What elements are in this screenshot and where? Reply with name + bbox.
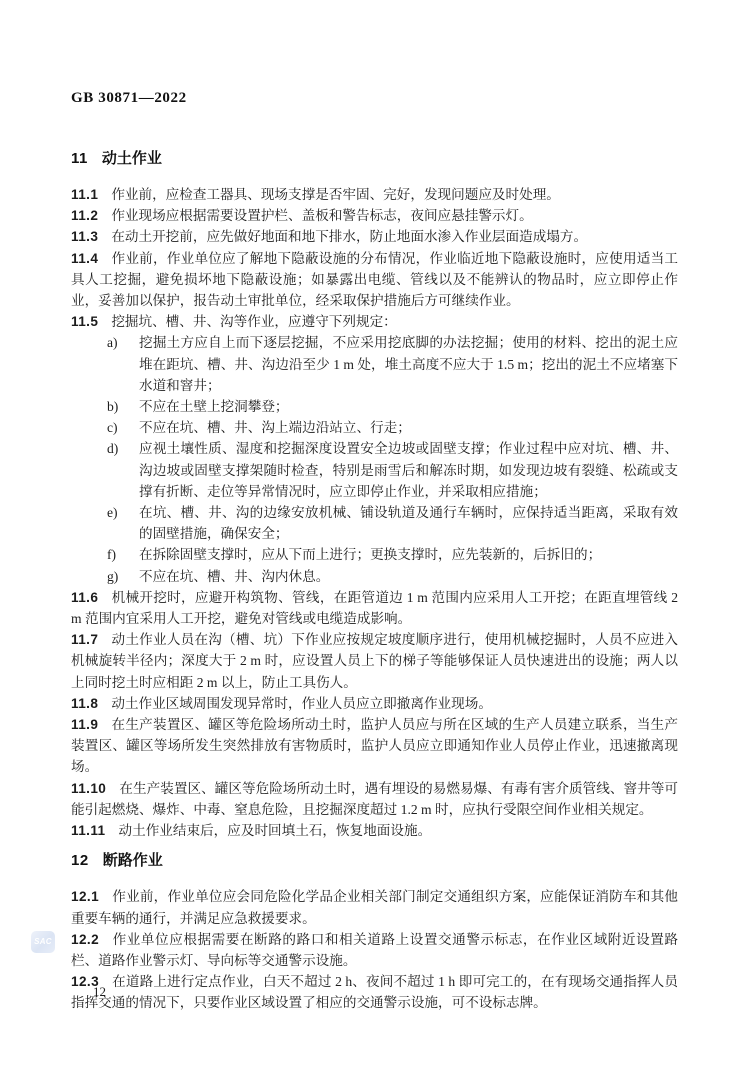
clause-number: 11.7: [71, 632, 98, 647]
section-number: 12: [71, 852, 89, 869]
clause-11.7: 11.7动土作业人员在沟（槽、坑）下作业应按规定坡度顺序进行，使用机械挖掘时，人…: [71, 629, 678, 693]
page-content: GB 30871—2022 11动土作业11.1作业前，应检查工器具、现场支撑是…: [71, 90, 678, 1014]
document-page: SAC GB 30871—2022 11动土作业11.1作业前，应检查工器具、现…: [0, 0, 754, 1067]
clause-number: 11.8: [71, 696, 98, 711]
clause-12.1: 12.1作业前，作业单位应会同危险化学品企业相关部门制定交通组织方案，应能保证消…: [71, 886, 678, 928]
clause-number: 11.9: [71, 717, 98, 732]
clause-text: 作业前，作业单位应了解地下隐蔽设施的分布情况，作业临近地下隐蔽设施时，应使用适当…: [71, 251, 678, 308]
clause-text: 动土作业结束后，应及时回填土石，恢复地面设施。: [119, 823, 432, 838]
clause-number: 12.2: [71, 932, 99, 947]
clause-11.5: 11.5挖掘坑、槽、井、沟等作业，应遵守下列规定：: [71, 311, 678, 332]
clause-text: 作业前，作业单位应会同危险化学品企业相关部门制定交通组织方案，应能保证消防车和其…: [71, 889, 678, 925]
clause-text: 作业单位应根据需要在断路的路口和相关道路上设置交通警示标志，在作业区域附近设置路…: [71, 932, 678, 968]
page-number: 12: [93, 984, 106, 1000]
clause-11.9: 11.9在生产装置区、罐区等危险场所动土时，监护人员应与所在区域的生产人员建立联…: [71, 714, 678, 778]
sub-item-letter: c): [107, 417, 118, 438]
sub-item-letter: e): [107, 502, 118, 523]
section-title: 动土作业: [102, 150, 162, 167]
clause-text: 动土作业区域周围发现异常时，作业人员应立即撤离作业现场。: [111, 696, 492, 711]
sub-item-text: 挖掘土方应自上而下逐层挖掘，不应采用挖底脚的办法挖掘；使用的材料、挖出的泥土应堆…: [139, 335, 678, 392]
clause-text: 挖掘坑、槽、井、沟等作业，应遵守下列规定：: [111, 314, 396, 329]
sub-item-letter: f): [107, 544, 116, 565]
sub-item-text: 应视土壤性质、湿度和挖掘深度设置安全边坡或固壁支撑；作业过程中应对坑、槽、井、沟…: [139, 441, 678, 498]
sub-item-text: 不应在坑、槽、井、沟内休息。: [139, 569, 329, 584]
section-number: 11: [71, 150, 88, 167]
clause-11.10: 11.10在生产装置区、罐区等危险场所动土时，遇有埋设的易燃易爆、有毒有害介质管…: [71, 778, 678, 820]
clause-text: 在生产装置区、罐区等危险场所动土时，监护人员应与所在区域的生产人员建立联系，当生…: [71, 717, 678, 774]
clause-number: 11.1: [71, 187, 98, 202]
clause-text: 机械开挖时，应避开构筑物、管线，在距管道边 1 m 范围内应采用人工开挖；在距直…: [71, 590, 678, 626]
clause-number: 11.3: [71, 229, 98, 244]
sub-item-text: 不应在土壁上挖洞攀登；: [139, 399, 289, 414]
section-heading-12: 12断路作业: [71, 850, 678, 871]
clause-text: 在生产装置区、罐区等危险场所动土时，遇有埋设的易燃易爆、有毒有害介质管线、窨井等…: [71, 781, 678, 817]
sub-item-g: g)不应在坑、槽、井、沟内休息。: [71, 566, 678, 587]
clause-12.2: 12.2作业单位应根据需要在断路的路口和相关道路上设置交通警示标志，在作业区域附…: [71, 929, 678, 971]
clause-11.3: 11.3在动土开挖前，应先做好地面和地下排水，防止地面水渗入作业层面造成塌方。: [71, 226, 678, 247]
clause-number: 11.5: [71, 314, 98, 329]
section-heading-11: 11动土作业: [71, 148, 678, 169]
clause-number: 11.4: [71, 251, 98, 266]
section-title: 断路作业: [103, 852, 163, 869]
clause-text: 作业前，应检查工器具、现场支撑是否牢固、完好，发现问题应及时处理。: [111, 187, 560, 202]
clause-11.1: 11.1作业前，应检查工器具、现场支撑是否牢固、完好，发现问题应及时处理。: [71, 184, 678, 205]
clause-11.11: 11.11动土作业结束后，应及时回填土石，恢复地面设施。: [71, 820, 678, 841]
sub-item-e: e)在坑、槽、井、沟的边缘安放机械、铺设轨道及通行车辆时，应保持适当距离，采取有…: [71, 502, 678, 544]
sub-item-text: 在拆除固壁支撑时，应从下而上进行；更换支撑时，应先装新的，后拆旧的；: [139, 547, 601, 562]
clause-text: 在动土开挖前，应先做好地面和地下排水，防止地面水渗入作业层面造成塌方。: [111, 229, 587, 244]
sub-item-letter: a): [107, 332, 118, 353]
document-sections: 11动土作业11.1作业前，应检查工器具、现场支撑是否牢固、完好，发现问题应及时…: [71, 148, 678, 1014]
clause-number: 11.6: [71, 590, 98, 605]
sub-item-d: d)应视土壤性质、湿度和挖掘深度设置安全边坡或固壁支撑；作业过程中应对坑、槽、井…: [71, 438, 678, 502]
clause-text: 作业现场应根据需要设置护栏、盖板和警告标志，夜间应悬挂警示灯。: [111, 208, 532, 223]
sub-item-c: c)不应在坑、槽、井、沟上端边沿站立、行走；: [71, 417, 678, 438]
clause-11.6: 11.6机械开挖时，应避开构筑物、管线，在距管道边 1 m 范围内应采用人工开挖…: [71, 587, 678, 629]
sub-item-a: a)挖掘土方应自上而下逐层挖掘，不应采用挖底脚的办法挖掘；使用的材料、挖出的泥土…: [71, 332, 678, 396]
clause-11.2: 11.2作业现场应根据需要设置护栏、盖板和警告标志，夜间应悬挂警示灯。: [71, 205, 678, 226]
clause-11.8: 11.8动土作业区域周围发现异常时，作业人员应立即撤离作业现场。: [71, 693, 678, 714]
sub-item-f: f)在拆除固壁支撑时，应从下而上进行；更换支撑时，应先装新的，后拆旧的；: [71, 544, 678, 565]
clause-number: 11.2: [71, 208, 98, 223]
clause-text: 动土作业人员在沟（槽、坑）下作业应按规定坡度顺序进行，使用机械挖掘时，人员不应进…: [71, 632, 678, 689]
sub-item-letter: g): [107, 566, 118, 587]
clause-text: 在道路上进行定点作业，白天不超过 2 h、夜间不超过 1 h 即可完工的，在有现…: [71, 974, 678, 1010]
sub-item-text: 在坑、槽、井、沟的边缘安放机械、铺设轨道及通行车辆时，应保持适当距离，采取有效的…: [139, 505, 678, 541]
sac-logo-watermark: SAC: [31, 931, 55, 953]
sub-item-letter: b): [107, 396, 118, 417]
clause-number: 11.10: [71, 781, 106, 796]
sub-item-text: 不应在坑、槽、井、沟上端边沿站立、行走；: [139, 420, 411, 435]
clause-number: 11.11: [71, 823, 106, 838]
clause-11.4: 11.4作业前，作业单位应了解地下隐蔽设施的分布情况，作业临近地下隐蔽设施时，应…: [71, 248, 678, 312]
clause-12.3: 12.3在道路上进行定点作业，白天不超过 2 h、夜间不超过 1 h 即可完工的…: [71, 971, 678, 1013]
standard-code-header: GB 30871—2022: [71, 90, 678, 107]
clause-number: 12.1: [71, 889, 99, 904]
sub-item-letter: d): [107, 438, 118, 459]
sub-item-b: b)不应在土壁上挖洞攀登；: [71, 396, 678, 417]
